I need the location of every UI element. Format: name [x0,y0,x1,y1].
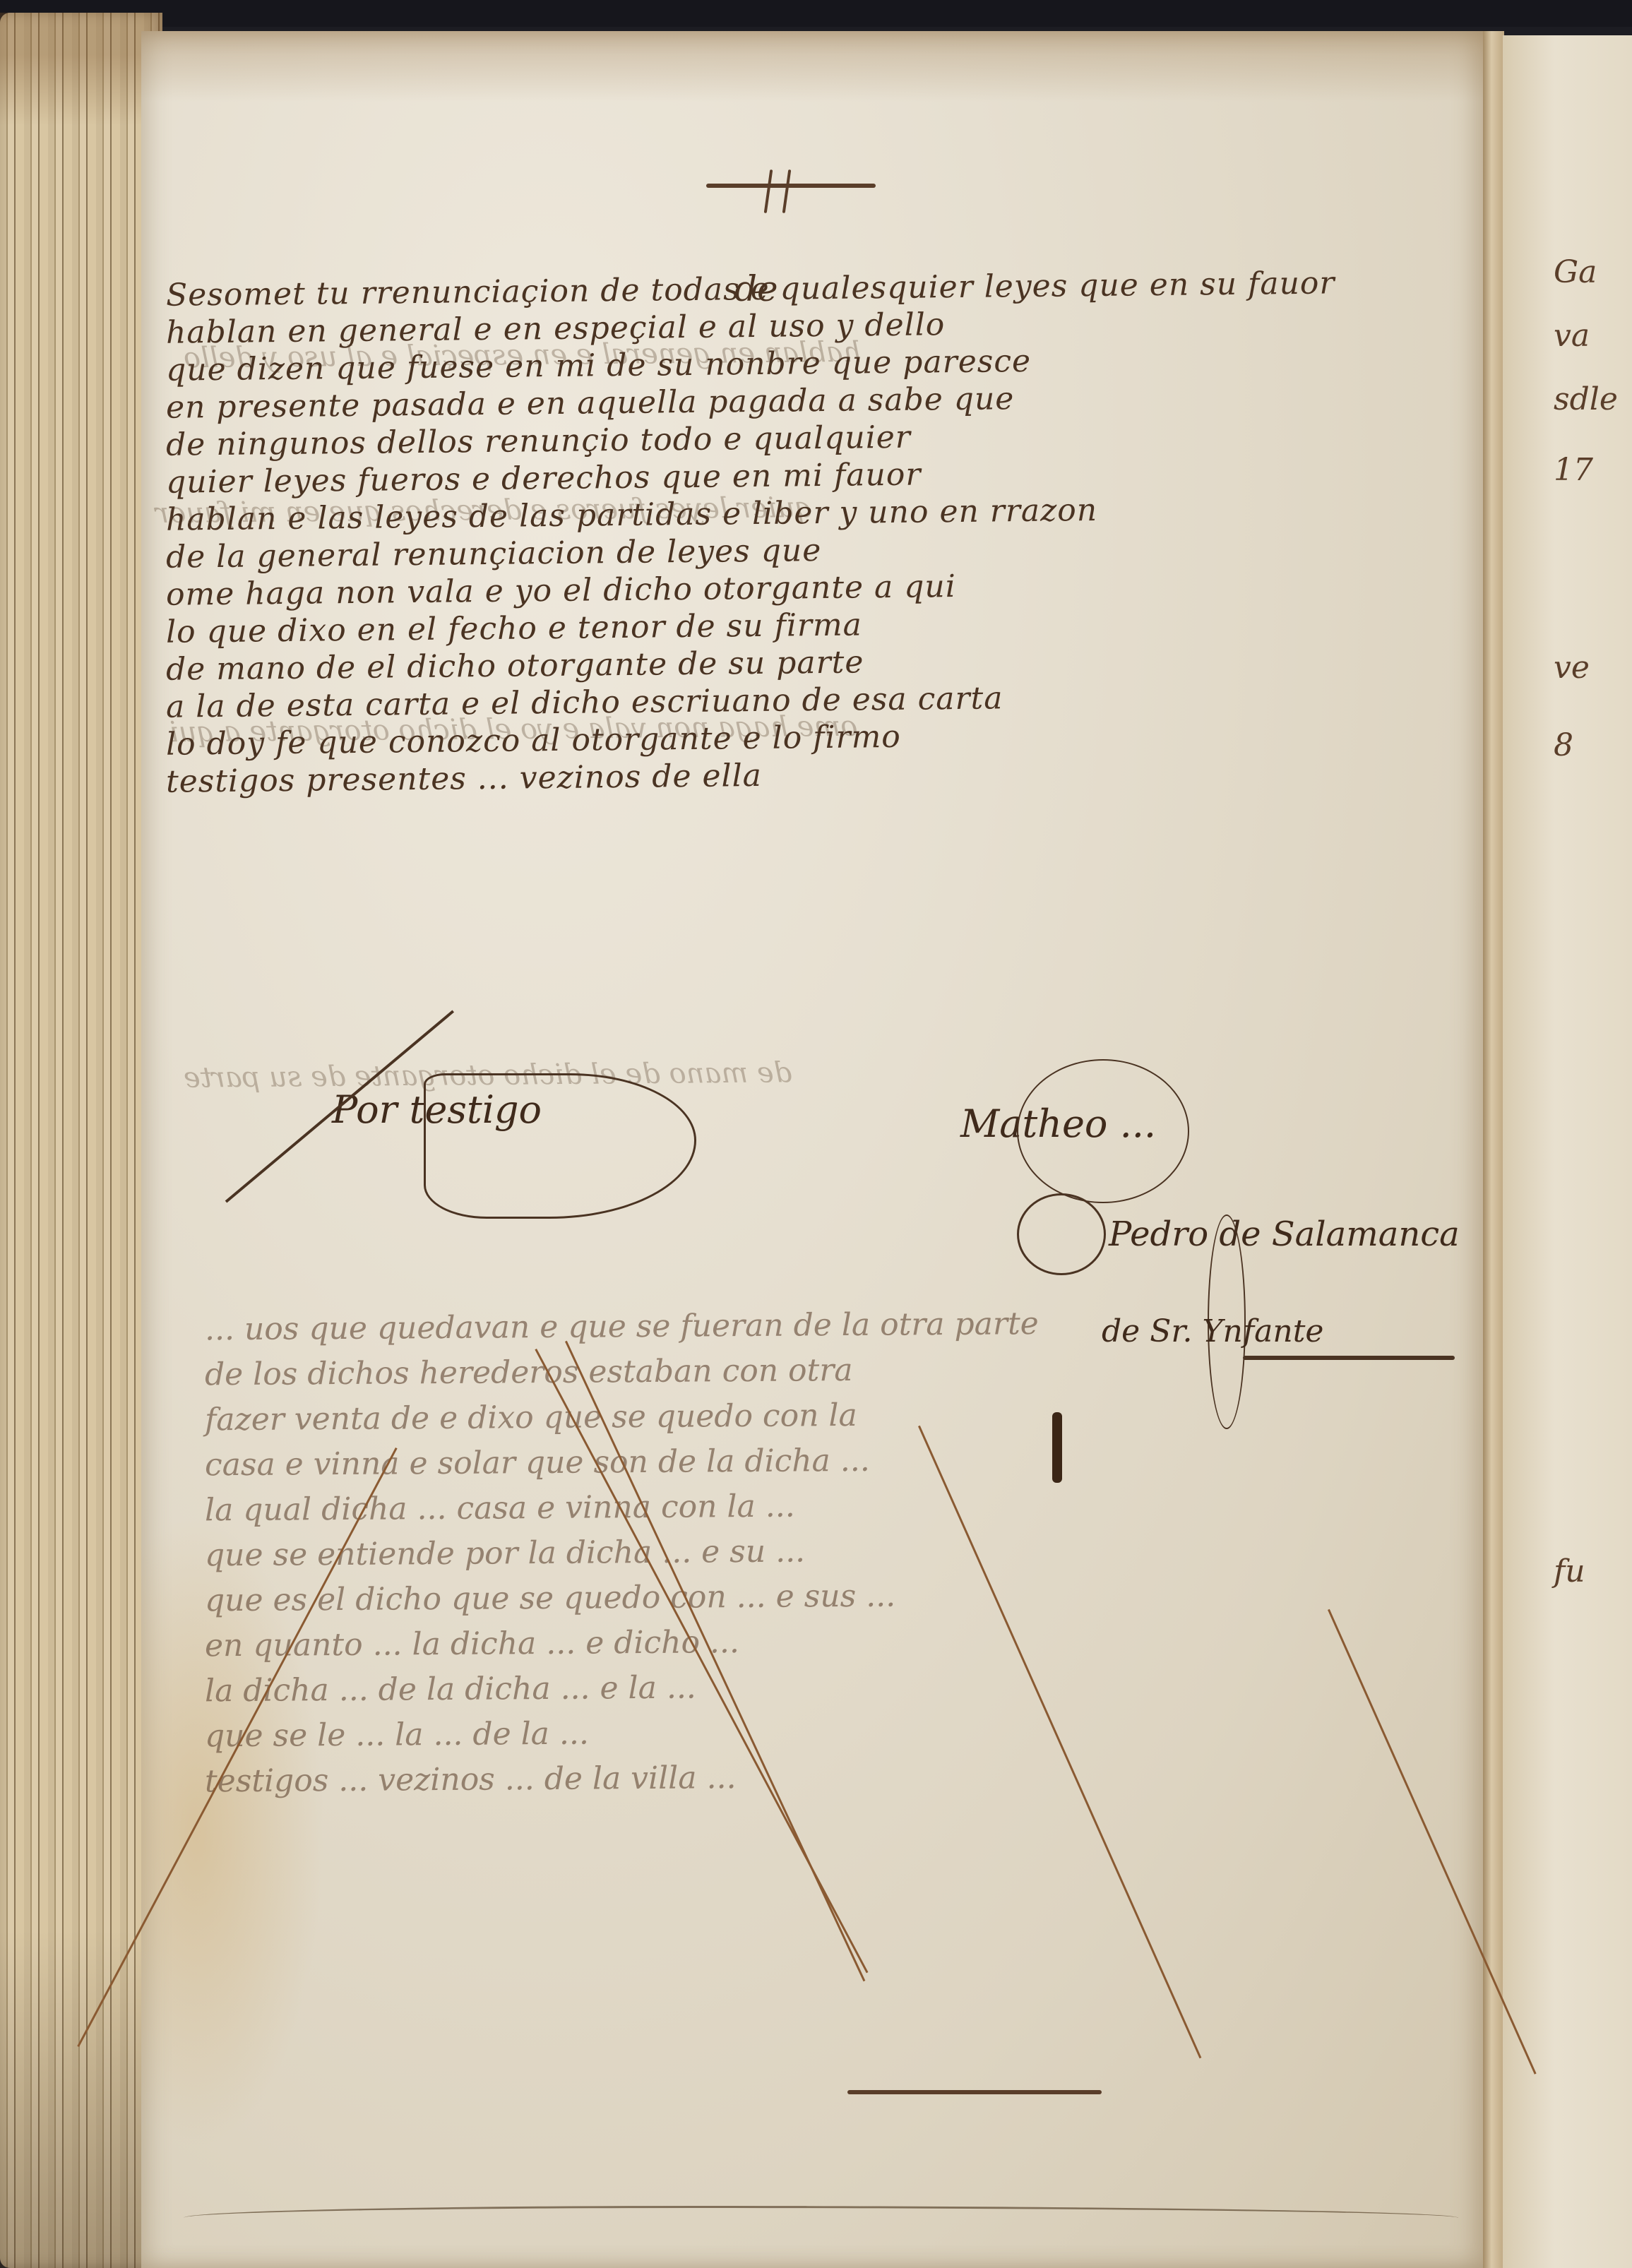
scan-background [0,0,1632,27]
facing-fragment: sdle [1554,381,1618,417]
facing-fragment: 17 [1554,452,1593,488]
facing-fragment: fu [1554,1553,1585,1589]
signature-notary: Pedro de Salamanca [1109,1214,1460,1254]
main-text: Sesomet tu rrenunciaçion de todas e qual… [166,272,1479,796]
facing-fragment: 8 [1554,727,1573,763]
cancelled-line: que es el dicho que se quedo con ... e s… [205,1573,1490,1621]
cancelled-line: casa e vinna e solar que son de la dicha… [205,1438,1490,1485]
facing-fragment: Ga [1554,254,1597,290]
facing-fragment: va [1554,318,1590,354]
cancelled-line: que se entiende por la dicha ... e su ..… [205,1528,1490,1575]
cancelled-line: testigos ... vezinos ... de la villa ... [205,1754,1490,1801]
cancelled-section: ... uos que quedavan e que se fueran de … [205,1306,1490,1803]
cancelled-line: fazer venta de e dixo que se quedo con l… [205,1392,1490,1440]
book-gutter [1483,31,1504,2268]
cancelled-line: ... uos que quedavan e que se fueran de … [205,1302,1490,1349]
cancelled-line: la dicha ... de la dicha ... e la ... [205,1664,1490,1711]
rubric-loop [1017,1059,1189,1203]
page-tear-edge [184,2206,1458,2218]
facing-fragment: ve [1554,650,1590,686]
notary-rubric-circle [1017,1193,1106,1275]
facing-page [1503,35,1632,2268]
cancelled-line: en quanto ... la dicha ... e dicho ... [205,1618,1490,1666]
ink-blot [1052,1412,1062,1483]
cancelled-line: que se le ... la ... de la ... [205,1709,1490,1756]
cancelled-line: la qual dicha ... casa e vinna con la ..… [205,1483,1490,1530]
header-cross-mark [706,169,876,198]
closing-flourish [847,2090,1102,2094]
cancelled-line: de los dichos herederos estaban con otra [205,1347,1490,1395]
